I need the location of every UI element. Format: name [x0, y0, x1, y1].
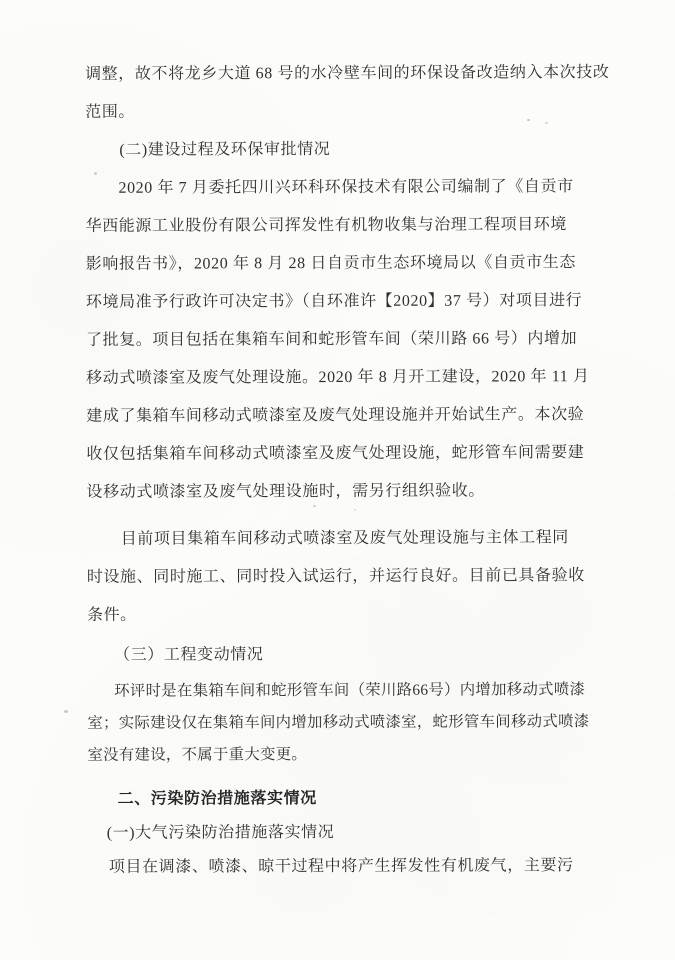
text-line: 条件。: [87, 595, 593, 635]
text-line: (二)建设过程及环保审批情况: [85, 130, 591, 170]
text-line: 设移动式喷漆室及废气处理设施时，需另行组织验收。: [86, 472, 592, 512]
scan-speck: [527, 119, 530, 121]
scan-speck: [354, 509, 356, 511]
text-line: 室；实际建设仅在集箱车间内增加移动式喷漆室，蛇形管车间移动式喷漆: [87, 706, 593, 740]
text-line: 时设施、同时施工、同时投入试运行，并运行良好。目前已具备验收: [87, 557, 593, 597]
scan-speck: [545, 122, 548, 124]
text-line: 了批复。项目包括在集箱车间和蛇形管车间（荣川路 66 号）内增加: [86, 320, 592, 360]
text-line: 收仅包括集箱车间移动式喷漆室及废气处理设施，蛇形管车间需要建: [86, 434, 592, 474]
text-line: 2020 年 7 月委托四川兴环科环保技术有限公司编制了《自贡市: [85, 168, 591, 208]
text-line: 华西能源工业股份有限公司挥发性有机物收集与治理工程项目环境: [86, 206, 592, 246]
text-line: 目前项目集箱车间移动式喷漆室及废气处理设施与主体工程同: [87, 519, 593, 559]
text-line: 移动式喷漆室及废气处理设施。2020 年 8 月开工建设，2020 年 11 月: [86, 358, 592, 398]
text-line: 影响报告书》，2020 年 8 月 28 日自贡市生态环境局以《自贡市生态: [86, 244, 592, 284]
text-line: 室没有建设，不属于重大变更。: [87, 738, 593, 772]
document-page: 调整，故不将龙乡大道 68 号的水冷壁车间的环保设备改造纳入本次技改范围。(二)…: [0, 0, 675, 960]
text-line: 环评时是在集箱车间和蛇形管车间（荣川路66号）内增加移动式喷漆: [87, 674, 593, 708]
text-line: 环境局准予行政许可决定书》（自环准许【2020】37 号）对项目进行: [86, 282, 592, 322]
scan-speck: [94, 172, 97, 175]
text-line: 调整，故不将龙乡大道 68 号的水冷壁车间的环保设备改造纳入本次技改: [85, 54, 591, 94]
text-line: 二、污染防治措施落实情况: [88, 781, 594, 817]
text-line: (一)大气污染防治措施落实情况: [88, 815, 594, 851]
scan-speck: [313, 505, 316, 507]
document-content: 调整，故不将龙乡大道 68 号的水冷壁车间的环保设备改造纳入本次技改范围。(二)…: [85, 54, 594, 885]
scan-speck: [64, 710, 68, 713]
text-line: 建成了集箱车间移动式喷漆室及废气处理设施并开始试生产。本次验: [86, 396, 592, 436]
text-line: 项目在调漆、喷漆、晾干过程中将产生挥发性有机废气，主要污: [88, 849, 594, 885]
text-line: （三）工程变动情况: [87, 635, 593, 675]
text-line: 范围。: [85, 92, 591, 132]
